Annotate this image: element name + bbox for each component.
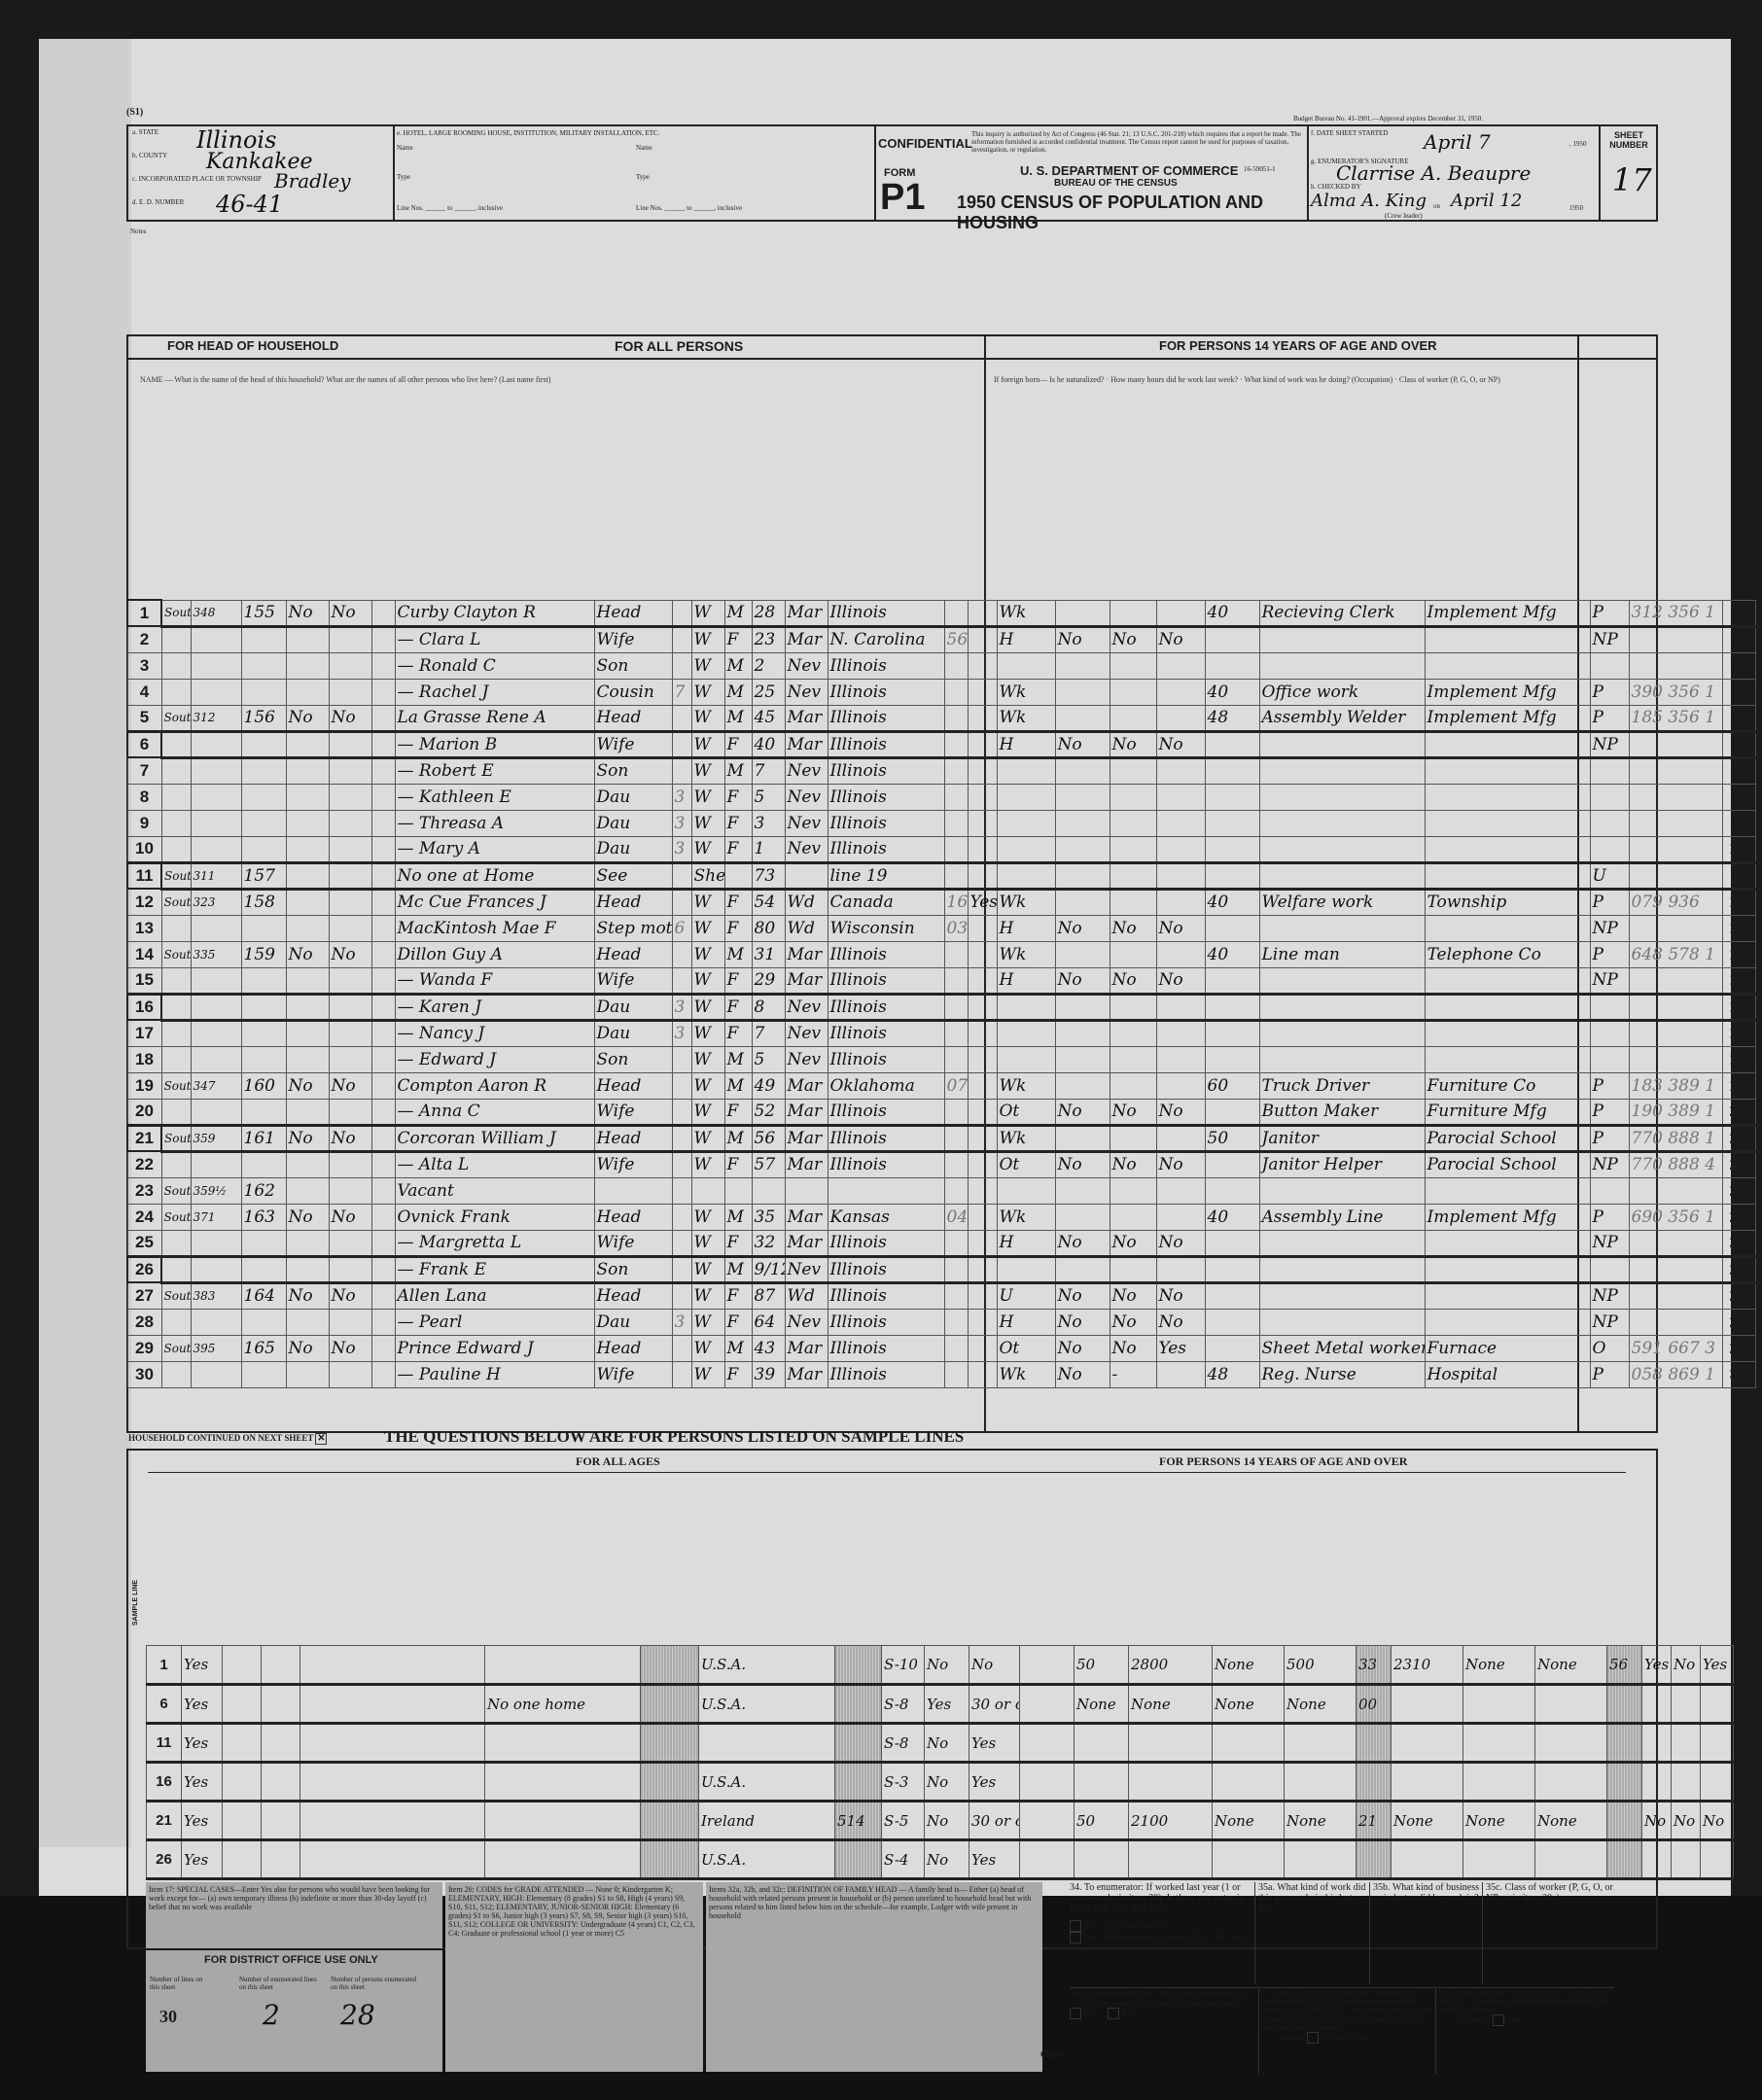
cell-hours — [1205, 810, 1259, 836]
sample-table: 1YesU.S.A.S-10NoNo502800None500332310Non… — [146, 1645, 1734, 1880]
sample-cell-c24b — [485, 1724, 641, 1763]
sample-cell-c23 — [262, 1763, 300, 1802]
cell-race: W — [691, 1072, 724, 1099]
cell-serial — [241, 731, 286, 757]
cell-c15 — [997, 1177, 1055, 1204]
line-number-right: 23 — [1722, 1177, 1755, 1204]
sample-cell-c28[interactable]: Yes — [969, 1840, 1020, 1879]
cell-serial — [241, 1020, 286, 1046]
line-number-right: 22 — [1722, 1151, 1755, 1177]
cell-mar: Mar — [785, 1151, 828, 1177]
sample-cell-c28[interactable]: No — [969, 1646, 1020, 1685]
sample-cell-c33a[interactable]: Yes — [1642, 1646, 1672, 1685]
sample-cell-finished[interactable]: No — [925, 1840, 969, 1879]
q34-no[interactable]: No—Make entries in items 35a, 35b, and 3… — [1070, 1932, 1254, 1954]
cell-codes — [1629, 836, 1722, 862]
cell-house — [191, 731, 241, 757]
line-number-right: 6 — [1722, 731, 1755, 757]
cell-sex: F — [724, 626, 752, 652]
cell-a — [672, 757, 691, 784]
sample-cell-c33a[interactable] — [1642, 1763, 1672, 1802]
cell-empty — [371, 941, 395, 967]
line-number-right: 4 — [1722, 679, 1755, 705]
cell-codes — [1629, 626, 1722, 652]
sample-cell-c21[interactable]: Yes — [182, 1802, 223, 1840]
cell-occ: Reg. Nurse — [1259, 1361, 1425, 1387]
cell-hours: 48 — [1205, 1361, 1259, 1387]
cell-c17 — [1110, 810, 1156, 836]
confidential-text: This inquiry is authorized by Act of Con… — [971, 130, 1302, 154]
cell-ind — [1425, 915, 1590, 941]
cell-age: 5 — [752, 784, 785, 810]
table-row: 24South371163NoNoOvnick FrankHeadWM35Mar… — [127, 1204, 1755, 1230]
sample-cell-line: 6 — [147, 1685, 182, 1724]
cell-occ — [1259, 862, 1425, 889]
cell-codes — [1629, 810, 1722, 836]
line-number: 2 — [127, 626, 161, 652]
cell-street — [161, 679, 191, 705]
sample-cell-c33a[interactable] — [1642, 1685, 1672, 1724]
sample-cell-father: U.S.A. — [699, 1840, 835, 1879]
sample-cell-grade: S-8 — [882, 1685, 925, 1724]
cell-c16 — [1055, 1072, 1110, 1099]
cell-c17: No — [1110, 967, 1156, 994]
sample-cell-c21[interactable]: Yes — [182, 1763, 223, 1802]
cell-rel: Head — [594, 1072, 672, 1099]
cell-codes — [1629, 731, 1722, 757]
cell-hours — [1205, 1256, 1259, 1282]
cell-c17: No — [1110, 915, 1156, 941]
cell-rel: See — [594, 862, 672, 889]
cell-mar: Nev — [785, 652, 828, 679]
cell-street — [161, 1309, 191, 1335]
cell-ind — [1425, 757, 1590, 784]
cell-occ — [1259, 1309, 1425, 1335]
cell-ind — [1425, 994, 1590, 1020]
sample-cell-c22 — [223, 1724, 262, 1763]
cell-occ — [1259, 1046, 1425, 1072]
sample-cell-c28[interactable]: 30 or over — [969, 1685, 1020, 1724]
cell-occ — [1259, 1020, 1425, 1046]
sample-cell-finished[interactable]: Yes — [925, 1685, 969, 1724]
cell-c16 — [1055, 1256, 1110, 1282]
cell-race: W — [691, 1282, 724, 1309]
cell-c15: Wk — [997, 1072, 1055, 1099]
sample-cell-finished[interactable]: No — [925, 1802, 969, 1840]
sample-cell-c29 — [1020, 1685, 1075, 1724]
cell-birth: Illinois — [828, 757, 944, 784]
cell-c14: Yes — [968, 889, 997, 915]
cell-farm — [286, 1020, 329, 1046]
cell-rel: Son — [594, 757, 672, 784]
cell-c16 — [1055, 784, 1110, 810]
cell-name: — Wanda F — [395, 967, 594, 994]
sample-cell-c28[interactable]: Yes — [969, 1724, 1020, 1763]
table-row: 17— Nancy JDau3WF7NevIllinois17 — [127, 1020, 1755, 1046]
cell-age: 32 — [752, 1230, 785, 1256]
cell-c17 — [1110, 1046, 1156, 1072]
sample-cell-g — [1607, 1840, 1642, 1879]
sample-cell-c32b — [1463, 1685, 1535, 1724]
sample-cell-f — [1357, 1763, 1392, 1802]
line-number-right: 28 — [1722, 1309, 1755, 1335]
table-row: 5South312156NoNoLa Grasse Rene AHeadWM45… — [127, 705, 1755, 731]
cell-house — [191, 679, 241, 705]
sample-cell-c28[interactable]: Yes — [969, 1763, 1020, 1802]
cell-ind: Township — [1425, 889, 1590, 915]
cell-blankB — [944, 994, 968, 1020]
cell-race: W — [691, 1204, 724, 1230]
cell-a — [672, 1361, 691, 1387]
cell-name: Curby Clayton R — [395, 600, 594, 626]
cell-a — [672, 862, 691, 889]
sample-cell-c30: 50 — [1075, 1646, 1129, 1685]
sample-cell-c33c[interactable] — [1701, 1840, 1734, 1879]
sample-cell-c32c — [1535, 1685, 1607, 1724]
cell-acres — [329, 1151, 371, 1177]
cell-occ: Assembly Welder — [1259, 705, 1425, 731]
cell-house: 323 — [191, 889, 241, 915]
cell-sex: M — [724, 1072, 752, 1099]
sample-cell-c33c[interactable] — [1701, 1724, 1734, 1763]
cell-name: Dillon Guy A — [395, 941, 594, 967]
q37-block: 37. If Mar—How many years since this per… — [1260, 1987, 1436, 2074]
cell-serial — [241, 1099, 286, 1125]
cell-rel: Wife — [594, 1151, 672, 1177]
cell-farm — [286, 994, 329, 1020]
cell-hours — [1205, 1177, 1259, 1204]
line-number-right: 10 — [1722, 836, 1755, 862]
cell-race: W — [691, 679, 724, 705]
line-number: 9 — [127, 810, 161, 836]
cell-age: 1 — [752, 836, 785, 862]
cell-birth: Illinois — [828, 652, 944, 679]
cell-name: — Anna C — [395, 1099, 594, 1125]
cell-blankB — [944, 757, 968, 784]
place-label: c. INCORPORATED PLACE OR TOWNSHIP — [132, 175, 262, 183]
cell-serial: 163 — [241, 1204, 286, 1230]
cell-serial — [241, 1046, 286, 1072]
q38-none[interactable]: None — [1493, 2015, 1523, 2024]
cell-hours — [1205, 862, 1259, 889]
q34-yes[interactable]: Yes—Skip to item 36 — [1070, 1920, 1254, 1932]
cell-a — [672, 967, 691, 994]
sample-cell-c32b — [1463, 1724, 1535, 1763]
cell-occ — [1259, 1230, 1425, 1256]
cell-house — [191, 1361, 241, 1387]
sample-cell-c30 — [1075, 1763, 1129, 1802]
cell-race: W — [691, 889, 724, 915]
sample-cell-c33a[interactable] — [1642, 1724, 1672, 1763]
cell-acres — [329, 836, 371, 862]
cell-age — [752, 1177, 785, 1204]
cell-cls: P — [1590, 941, 1629, 967]
cell-serial — [241, 784, 286, 810]
sample-cell-c33b[interactable] — [1672, 1763, 1701, 1802]
q37-less[interactable]: Less than 1 year — [1307, 2033, 1371, 2042]
cell-cls — [1590, 652, 1629, 679]
cell-c16: No — [1055, 626, 1110, 652]
cell-farm — [286, 1256, 329, 1282]
cell-a — [672, 600, 691, 626]
cell-blankB — [944, 1230, 968, 1256]
cell-empty — [371, 1099, 395, 1125]
line-number: 18 — [127, 1046, 161, 1072]
cell-house — [191, 1020, 241, 1046]
cell-occ: Line man — [1259, 941, 1425, 967]
bureau: BUREAU OF THE CENSUS — [1054, 178, 1178, 189]
cell-name: — Karen J — [395, 994, 594, 1020]
sample-cell-c33b[interactable] — [1672, 1685, 1701, 1724]
sample-cell-c33b[interactable] — [1672, 1724, 1701, 1763]
cell-serial — [241, 810, 286, 836]
sample-cell-c31b[interactable]: None — [1213, 1646, 1285, 1685]
cell-c14 — [968, 600, 997, 626]
sample-cell-c31b[interactable]: None — [1213, 1685, 1285, 1724]
sample-cell-c33c[interactable]: Yes — [1701, 1646, 1734, 1685]
cell-house: 359½ — [191, 1177, 241, 1204]
cell-a — [672, 1204, 691, 1230]
cell-c17 — [1110, 1177, 1156, 1204]
cell-ind: Furniture Mfg — [1425, 1099, 1590, 1125]
hotel-fields: e. HOTEL, LARGE ROOMING HOUSE, INSTITUTI… — [393, 126, 876, 220]
line-number-right: 13 — [1722, 915, 1755, 941]
section-persons-14: FOR PERSONS 14 YEARS OF AGE AND OVER — [1159, 338, 1437, 353]
cell-codes — [1629, 784, 1722, 810]
line-number: 11 — [127, 862, 161, 889]
cell-ind — [1425, 1046, 1590, 1072]
cell-ind — [1425, 1282, 1590, 1309]
cell-mar: Wd — [785, 915, 828, 941]
cell-c17: No — [1110, 1282, 1156, 1309]
table-row: 27South383164NoNoAllen LanaHeadWF87WdIll… — [127, 1282, 1755, 1309]
cell-ind: Parocial School — [1425, 1151, 1590, 1177]
sample-cell-line: 21 — [147, 1802, 182, 1840]
cell-farm — [286, 1046, 329, 1072]
cell-age: 25 — [752, 679, 785, 705]
sample-cell-c32b — [1463, 1763, 1535, 1802]
sample-cell-finished[interactable]: No — [925, 1724, 969, 1763]
cell-rel: Dau — [594, 784, 672, 810]
cell-farm: No — [286, 1125, 329, 1151]
cell-blankB — [944, 1020, 968, 1046]
cell-acres — [329, 626, 371, 652]
cell-c14 — [968, 652, 997, 679]
cell-sex: F — [724, 1151, 752, 1177]
cell-farm: No — [286, 600, 329, 626]
sample-cell-c33b[interactable]: No — [1672, 1646, 1701, 1685]
sample-cell-c31b[interactable]: None — [1213, 1802, 1285, 1840]
cell-race: W — [691, 1099, 724, 1125]
remaining-label: Number of persons enumerated on this she… — [331, 1976, 418, 1991]
sample-cell-finished[interactable]: No — [925, 1646, 969, 1685]
cell-rel: Wife — [594, 626, 672, 652]
cell-acres — [329, 1230, 371, 1256]
sample-cell-c33a[interactable]: No — [1642, 1802, 1672, 1840]
cell-mar: Mar — [785, 1072, 828, 1099]
sample-cell-c33a[interactable] — [1642, 1840, 1672, 1879]
q36-yes[interactable]: Yes — [1070, 2008, 1096, 2017]
sample-cell-c33b[interactable]: No — [1672, 1802, 1701, 1840]
cell-occ — [1259, 784, 1425, 810]
cell-empty — [371, 994, 395, 1020]
cell-farm — [286, 836, 329, 862]
sample-cell-c32c — [1535, 1763, 1607, 1802]
cell-c14 — [968, 915, 997, 941]
cell-race: W — [691, 1256, 724, 1282]
cell-birth: Wisconsin — [828, 915, 944, 941]
cell-hours — [1205, 757, 1259, 784]
q34-text: 34. To enumerator: If worked last year (… — [1070, 1882, 1254, 1914]
cell-blankB — [944, 652, 968, 679]
sample-cell-g: 56 — [1607, 1646, 1642, 1685]
sample-cell-f — [1357, 1840, 1392, 1879]
cell-age: 40 — [752, 731, 785, 757]
cell-rel: Head — [594, 941, 672, 967]
table-row: 6— Marion BWifeWF40MarIllinoisHNoNoNoNP6 — [127, 731, 1755, 757]
cell-cls: NP — [1590, 1282, 1629, 1309]
sample-cell-c24a — [300, 1685, 485, 1724]
cell-age: 57 — [752, 1151, 785, 1177]
district-office-box: FOR DISTRICT OFFICE USE ONLY Number of l… — [146, 1950, 442, 2072]
sample-cell-c21[interactable]: Yes — [182, 1646, 223, 1685]
cell-serial — [241, 967, 286, 994]
cell-street: South — [161, 1335, 191, 1361]
cell-name: — Rachel J — [395, 679, 594, 705]
sample-cell-c33c[interactable] — [1701, 1763, 1734, 1802]
cell-house: 348 — [191, 600, 241, 626]
cell-codes — [1629, 652, 1722, 679]
section-all-persons: FOR ALL PERSONS — [615, 338, 743, 354]
cell-birth: Illinois — [828, 1125, 944, 1151]
cell-rel: Wife — [594, 731, 672, 757]
cell-c14 — [968, 1230, 997, 1256]
cell-c18 — [1156, 1204, 1205, 1230]
cell-blankB — [944, 1282, 968, 1309]
cell-cls: P — [1590, 705, 1629, 731]
crew-leader: (Crew leader) — [1385, 212, 1423, 220]
sample-cell-c33b[interactable] — [1672, 1840, 1701, 1879]
sample-cell-c28[interactable]: 30 or over — [969, 1802, 1020, 1840]
cell-name: La Grasse Rene A — [395, 705, 594, 731]
cell-serial — [241, 679, 286, 705]
cell-rel: Head — [594, 1335, 672, 1361]
cell-street: South — [161, 1072, 191, 1099]
cell-rel: Cousin — [594, 679, 672, 705]
cell-mar: Nev — [785, 1309, 828, 1335]
sample-cell-c32a: None — [1392, 1802, 1463, 1840]
cell-a: 3 — [672, 836, 691, 862]
cell-mar: Nev — [785, 810, 828, 836]
cell-c15: Ot — [997, 1099, 1055, 1125]
cell-blankB: 56 — [944, 626, 968, 652]
cell-birth: N. Carolina — [828, 626, 944, 652]
cell-serial — [241, 915, 286, 941]
cell-occ: Welfare work — [1259, 889, 1425, 915]
line-number-right: 2 — [1722, 626, 1755, 652]
sample-cell-c21[interactable]: Yes — [182, 1685, 223, 1724]
cell-c17: No — [1110, 1309, 1156, 1335]
cell-mar: Nev — [785, 836, 828, 862]
cell-c15 — [997, 836, 1055, 862]
line-number-right: 26 — [1722, 1256, 1755, 1282]
table-row: 3— Ronald CSonWM2NevIllinois3 — [127, 652, 1755, 679]
cell-c18 — [1156, 1361, 1205, 1387]
cell-blankB — [944, 679, 968, 705]
sample-cell-e: 514 — [835, 1802, 882, 1840]
sample-cell-c31c — [1285, 1840, 1357, 1879]
cell-c16 — [1055, 994, 1110, 1020]
q36-no[interactable]: No — [1108, 2008, 1132, 2017]
sample-cell-c31b[interactable] — [1213, 1724, 1285, 1763]
sample-cell-c29 — [1020, 1840, 1075, 1879]
cell-serial — [241, 1151, 286, 1177]
cell-c18 — [1156, 862, 1205, 889]
sample-cell-c24b — [485, 1802, 641, 1840]
cell-rel: Son — [594, 652, 672, 679]
cell-acres: No — [329, 1125, 371, 1151]
sample-cell-c31c: 500 — [1285, 1646, 1357, 1685]
sample-cell-c30 — [1075, 1724, 1129, 1763]
cell-cls: NP — [1590, 1230, 1629, 1256]
sample-cell-c31a: None — [1129, 1685, 1213, 1724]
sample-cell-c33c[interactable]: No — [1701, 1802, 1734, 1840]
table-row: 22— Alta LWifeWF57MarIllinoisOtNoNoNoJan… — [127, 1151, 1755, 1177]
cell-hours: 50 — [1205, 1125, 1259, 1151]
cell-empty — [371, 836, 395, 862]
cell-cls: NP — [1590, 1309, 1629, 1335]
cell-name: Vacant — [395, 1177, 594, 1204]
cell-acres — [329, 1020, 371, 1046]
cell-ind — [1425, 836, 1590, 862]
line-number: 1 — [127, 600, 161, 626]
cell-c17 — [1110, 1256, 1156, 1282]
sample-cell-c33c[interactable] — [1701, 1685, 1734, 1724]
sample-cell-c31b[interactable] — [1213, 1763, 1285, 1802]
cell-rel — [594, 1177, 672, 1204]
cell-occ — [1259, 1177, 1425, 1204]
cell-name: MacKintosh Mae F — [395, 915, 594, 941]
cell-birth: Illinois — [828, 810, 944, 836]
cell-empty — [371, 1204, 395, 1230]
sample-cell-finished[interactable]: No — [925, 1763, 969, 1802]
cell-street: South — [161, 941, 191, 967]
cell-occ — [1259, 1282, 1425, 1309]
cell-name: No one at Home — [395, 862, 594, 889]
cell-blankB — [944, 836, 968, 862]
sample-cell-c31b[interactable] — [1213, 1840, 1285, 1879]
cell-cls — [1590, 994, 1629, 1020]
sample-cell-c22 — [223, 1685, 262, 1724]
line-number-right: 7 — [1722, 757, 1755, 784]
sample-cell-c21[interactable]: Yes — [182, 1840, 223, 1879]
cell-c18 — [1156, 1125, 1205, 1151]
cell-farm — [286, 1177, 329, 1204]
cell-birth: Illinois — [828, 967, 944, 994]
sample-cell-c21[interactable]: Yes — [182, 1724, 223, 1763]
sample-cell-c30 — [1075, 1840, 1129, 1879]
cell-c18: No — [1156, 1309, 1205, 1335]
cell-c14 — [968, 1361, 997, 1387]
cell-c16: No — [1055, 1230, 1110, 1256]
cell-house: 312 — [191, 705, 241, 731]
cell-acres: No — [329, 1204, 371, 1230]
cell-rel: Wife — [594, 1230, 672, 1256]
sample-cell-father: U.S.A. — [699, 1646, 835, 1685]
cell-age: 9/12 — [752, 1256, 785, 1282]
sample-cell-c24b — [485, 1646, 641, 1685]
cell-street: South — [161, 862, 191, 889]
